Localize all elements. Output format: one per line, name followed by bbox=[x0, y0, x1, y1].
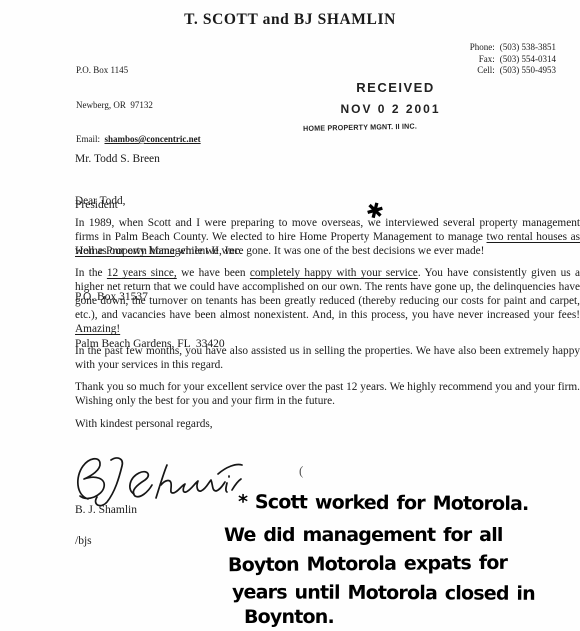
note-line-2: We did management for all bbox=[224, 524, 503, 546]
cell-number: (503) 550-4953 bbox=[500, 65, 556, 77]
fax-number: (503) 554-0314 bbox=[500, 54, 556, 66]
salutation: Dear Todd, bbox=[75, 194, 580, 208]
cell-label: Cell: bbox=[470, 65, 495, 77]
closing-line: With kindest personal regards, bbox=[75, 417, 580, 431]
scanned-letter-page: T. SCOTT and BJ SHAMLIN P.O. Box 1145 Ne… bbox=[0, 0, 580, 631]
received-stamp-company: HOME PROPERTY MGNT. II INC. bbox=[303, 122, 417, 133]
note-line-3: Boyton Motorola expats for bbox=[228, 552, 507, 576]
phone-number: (503) 538-3851 bbox=[500, 42, 556, 54]
phone-label: Phone: bbox=[470, 42, 495, 54]
signature-svg bbox=[68, 447, 243, 511]
sender-contact-block: Phone: (503) 538-3851 Fax: (503) 554-031… bbox=[470, 42, 556, 77]
sender-address-line1: P.O. Box 1145 bbox=[76, 65, 201, 77]
received-stamp-text: RECEIVED bbox=[348, 80, 443, 95]
scan-artifact-mark: ( bbox=[299, 463, 303, 479]
note-line-1: * Scott worked for Motorola. bbox=[238, 491, 529, 515]
note-line-4: years until Motorola closed in bbox=[232, 581, 535, 605]
body-paragraph-1: In 1989, when Scott and I were preparing… bbox=[75, 216, 580, 258]
note-line-5: Boynton. bbox=[244, 606, 334, 628]
letter-body: Dear Todd, In 1989, when Scott and I wer… bbox=[75, 194, 580, 431]
typed-signer-name: B. J. Shamlin bbox=[75, 504, 137, 516]
body-paragraph-2: In the 12 years since, we have been comp… bbox=[75, 266, 580, 336]
letterhead-title: T. SCOTT and BJ SHAMLIN bbox=[0, 11, 580, 29]
sender-address-line2: Newberg, OR 97132 bbox=[76, 100, 201, 112]
body-paragraph-4: Thank you so much for your excellent ser… bbox=[75, 380, 580, 408]
typist-initials: /bjs bbox=[75, 535, 92, 547]
fax-label: Fax: bbox=[470, 54, 495, 66]
received-stamp-date: NOV 0 2 2001 bbox=[328, 102, 453, 116]
recipient-name: Mr. Todd S. Breen bbox=[75, 152, 242, 167]
body-paragraph-3: In the past few months, you have also as… bbox=[75, 344, 580, 372]
